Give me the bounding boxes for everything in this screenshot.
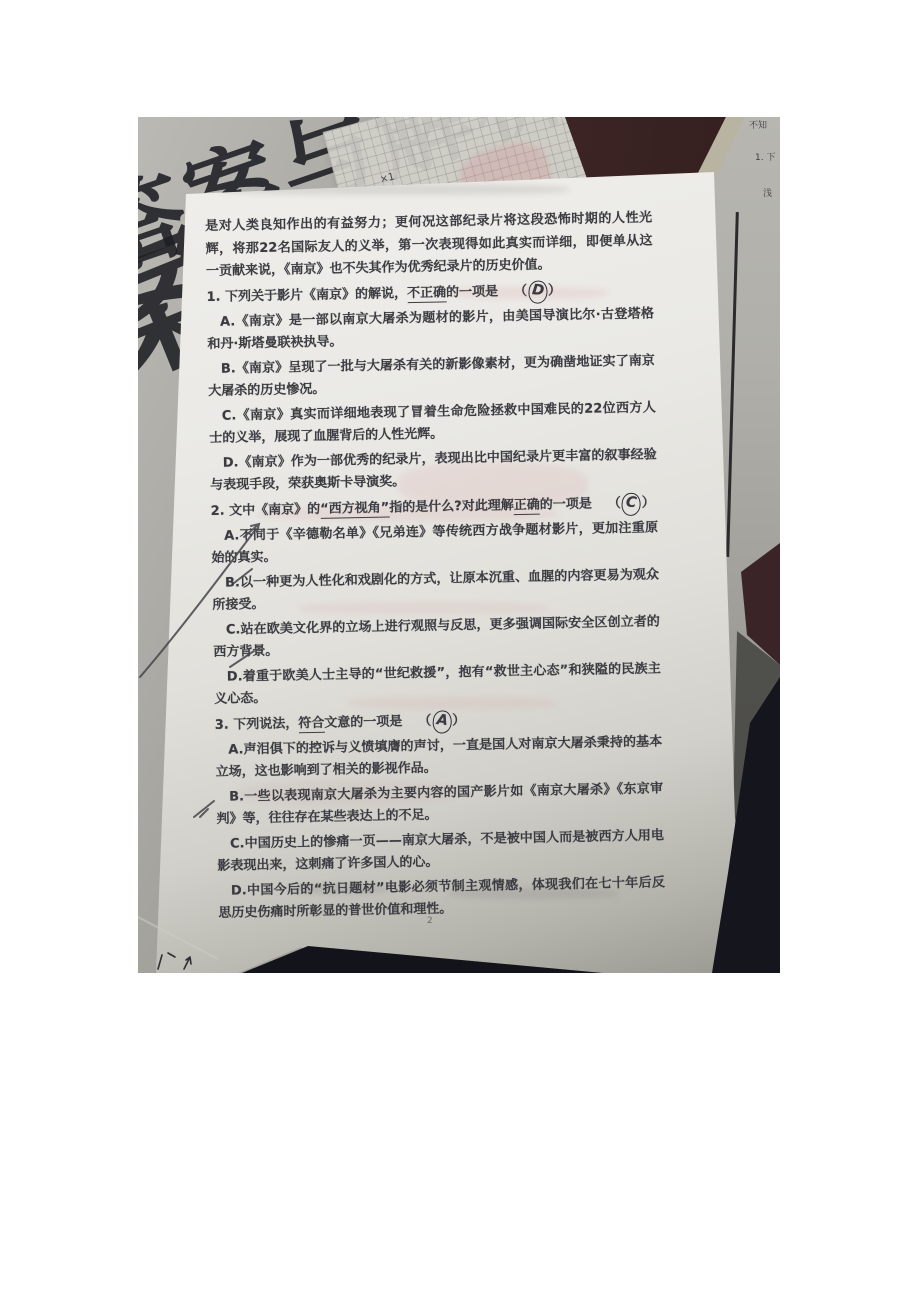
newspaper-edge-line bbox=[138, 917, 218, 959]
slash-mark-q2b bbox=[234, 569, 252, 583]
screenshot-page: 答案与解析 案 ×1 不知 1. 下 浅 bbox=[0, 0, 920, 1302]
pen-marks-overlay bbox=[138, 117, 780, 973]
check-mark-q3c bbox=[194, 801, 214, 817]
handwritten-note-bottom-left bbox=[158, 953, 191, 969]
slash-mark-q2d bbox=[230, 651, 254, 667]
photo-of-exam-paper: 答案与解析 案 ×1 不知 1. 下 浅 bbox=[138, 117, 780, 973]
stray-pen-line bbox=[140, 529, 256, 677]
